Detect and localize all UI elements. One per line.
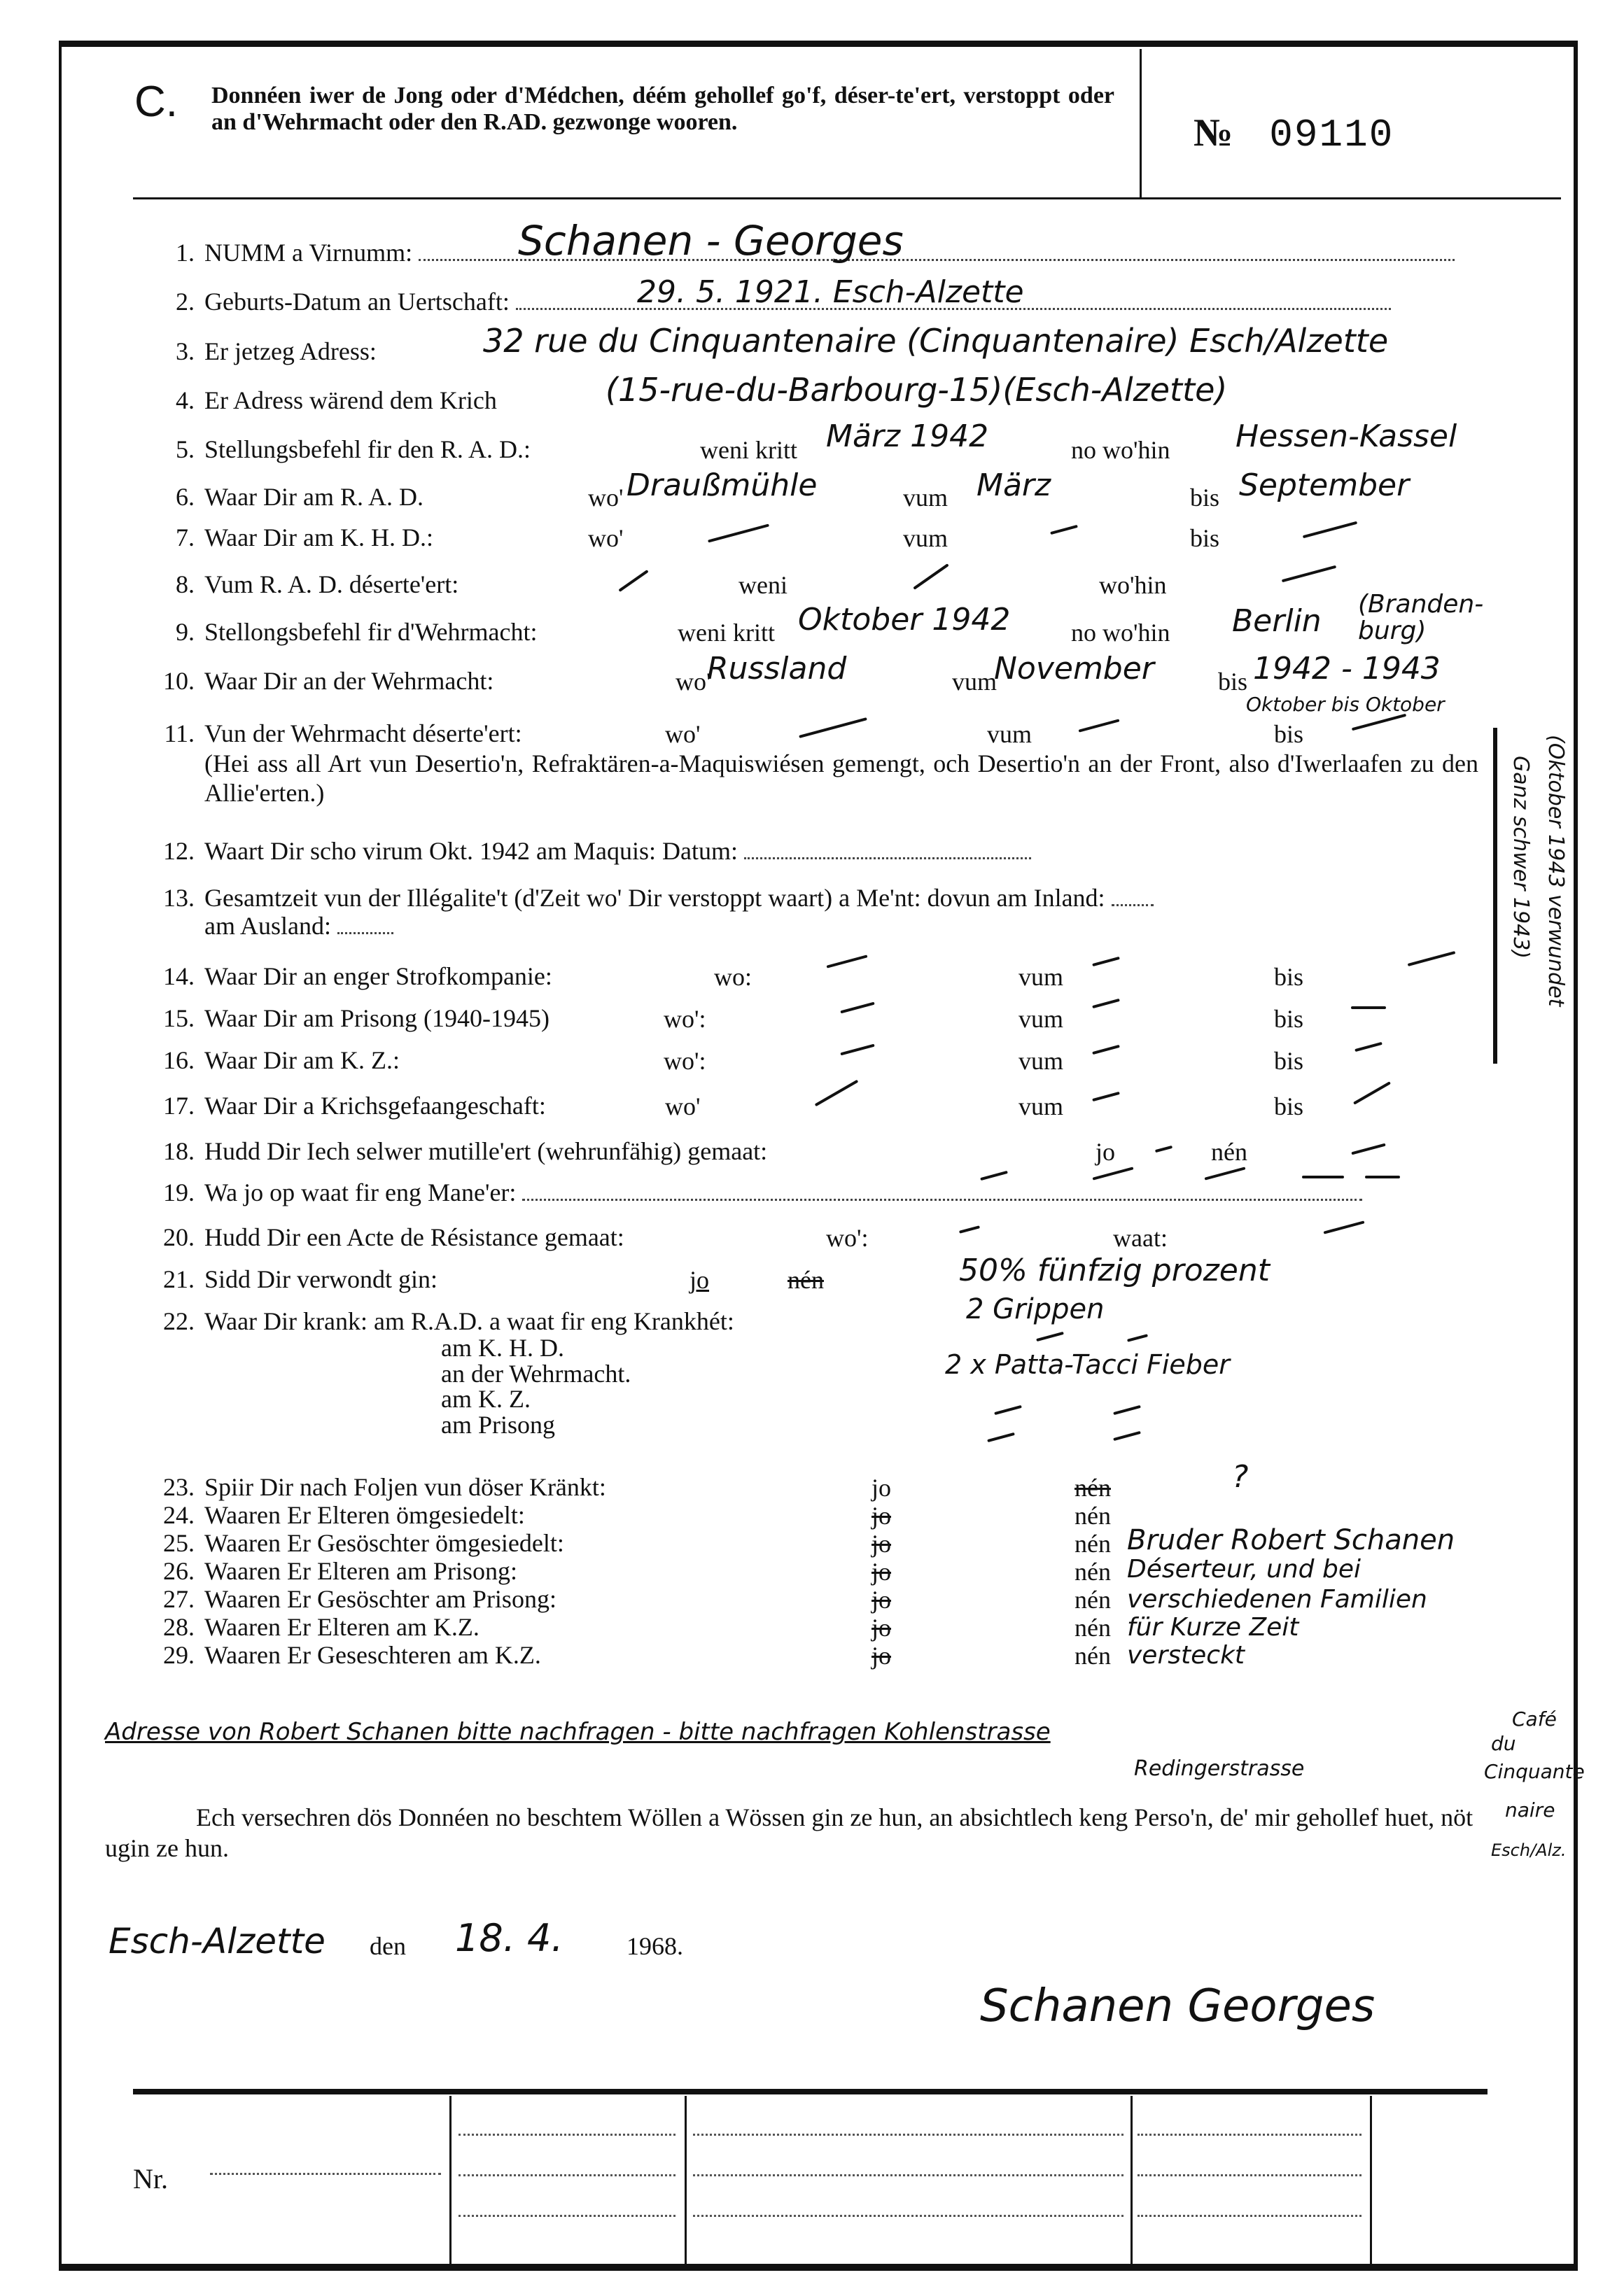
- field-13: 13.Gesamtzeit vun der Illégalite't (d'Ze…: [140, 883, 1154, 912]
- nen-option[interactable]: nén: [1074, 1641, 1111, 1670]
- registration-form-page: C. Donnéen iwer de Jong oder d'Médchen, …: [0, 0, 1624, 2296]
- field-26: 26.Waaren Er Elteren am Prisong:: [140, 1557, 517, 1585]
- nen-option-struck[interactable]: nén: [1074, 1473, 1111, 1502]
- jo-option-struck[interactable]: jo: [871, 1613, 891, 1642]
- header-divider: [1140, 49, 1142, 197]
- nen-option[interactable]: nén: [1074, 1529, 1111, 1558]
- nen-option[interactable]: nén: [1074, 1613, 1111, 1642]
- footer-col-divider: [685, 2096, 687, 2264]
- nen-option[interactable]: nén: [1211, 1137, 1247, 1167]
- field-10-note: Oktober bis Oktober: [1246, 693, 1445, 716]
- document-number: №09110: [1193, 111, 1394, 157]
- footer-cell[interactable]: [693, 2132, 1123, 2136]
- footer-table-top: [133, 2089, 1487, 2094]
- signature-place[interactable]: Esch-Alzette: [108, 1921, 325, 1962]
- dash-mark: [1351, 1006, 1386, 1009]
- nr-label: Nr.: [133, 2162, 168, 2195]
- field-24: 24.Waaren Er Elteren ömgesiedelt:: [140, 1501, 525, 1529]
- field-3-value[interactable]: 32 rue du Cinquantenaire (Cinquantenaire…: [483, 322, 1388, 360]
- brother-note-line-1: Bruder Robert Schanen: [1127, 1524, 1455, 1556]
- cafe-note-2: du: [1491, 1732, 1516, 1755]
- field-19: 19.Wa jo op waat fir eng Mane'er:: [140, 1178, 1362, 1206]
- footer-cell[interactable]: [458, 2213, 675, 2217]
- field-9-wohin-note: (Branden-burg): [1358, 591, 1477, 645]
- field-10-vum[interactable]: November: [994, 651, 1154, 686]
- field-6: 6.Waar Dir am R. A. D.: [140, 483, 423, 511]
- footer-cell[interactable]: [693, 2173, 1123, 2176]
- field-7: 7.Waar Dir am K. H. D.:: [140, 523, 433, 551]
- number-symbol: №: [1193, 111, 1234, 155]
- footer-cell[interactable]: [1137, 2132, 1361, 2136]
- jo-option[interactable]: jo: [1095, 1137, 1115, 1167]
- field-6-vum[interactable]: März: [976, 467, 1051, 503]
- footer-col-divider: [1370, 2096, 1372, 2264]
- margin-note-1: (Oktober 1943 verwundet: [1543, 735, 1568, 1006]
- field-1-value[interactable]: Schanen - Georges: [518, 217, 904, 265]
- field-22-wehrmacht[interactable]: 2 x Patta-Tacci Fieber: [945, 1349, 1230, 1380]
- footer-col-divider: [449, 2096, 451, 2264]
- field-5-weni[interactable]: März 1942: [826, 418, 988, 454]
- field-12: 12.Waart Dir scho virum Okt. 1942 am Maq…: [140, 836, 1031, 865]
- field-15: 15.Waar Dir am Prisong (1940-1945): [140, 1004, 549, 1032]
- field-6-wo[interactable]: Draußmühle: [626, 467, 817, 503]
- nen-option[interactable]: nén: [1074, 1501, 1111, 1530]
- field-3: 3.Er jetzeg Adress:: [140, 337, 377, 365]
- footer-cell[interactable]: [458, 2132, 675, 2136]
- jo-option-struck[interactable]: jo: [871, 1501, 891, 1530]
- field-14: 14.Waar Dir an enger Strofkompanie:: [140, 962, 552, 990]
- jo-option-struck[interactable]: jo: [871, 1641, 891, 1670]
- brother-note-line-5: versteckt: [1127, 1641, 1245, 1670]
- field-5: 5.Stellungsbefehl fir den R. A. D.:: [140, 435, 531, 463]
- field-20: 20.Hudd Dir een Acte de Résistance gemaa…: [140, 1223, 624, 1251]
- brother-note-line-3: verschiedenen Familien: [1127, 1585, 1427, 1614]
- footer-cell[interactable]: [1137, 2213, 1361, 2217]
- section-title: Donnéen iwer de Jong oder d'Médchen, déé…: [211, 83, 1114, 136]
- signature[interactable]: Schanen Georges: [980, 1980, 1375, 2032]
- jo-option-struck[interactable]: jo: [871, 1585, 891, 1614]
- field-11-note: (Hei ass all Art vun Desertio'n, Refrakt…: [204, 749, 1478, 808]
- footer-cell[interactable]: [1137, 2173, 1361, 2176]
- field-8: 8.Vum R. A. D. déserte'ert:: [140, 570, 458, 598]
- field-9: 9.Stellongsbefehl fir d'Wehrmacht:: [140, 618, 537, 646]
- dash-mark: [1302, 1176, 1344, 1178]
- field-22-rad[interactable]: 2 Grippen: [966, 1293, 1104, 1325]
- footer-col-divider: [1130, 2096, 1133, 2264]
- footer-cell[interactable]: [693, 2213, 1123, 2217]
- field-29: 29.Waaren Er Geseschteren am K.Z.: [140, 1641, 541, 1669]
- address-note: Adresse von Robert Schanen bitte nachfra…: [105, 1718, 1051, 1746]
- field-2-value[interactable]: 29. 5. 1921. Esch-Alzette: [637, 274, 1024, 310]
- footer-cell[interactable]: [458, 2173, 675, 2176]
- jo-option-struck[interactable]: jo: [871, 1529, 891, 1558]
- declaration-text: Ech versechren dös Donnéen no beschtem W…: [105, 1802, 1498, 1864]
- field-10-bis[interactable]: 1942 - 1943: [1253, 651, 1441, 686]
- field-25: 25.Waaren Er Gesöschter ömgesiedelt:: [140, 1529, 564, 1557]
- field-6-bis[interactable]: September: [1239, 467, 1409, 503]
- brother-note-line-4: für Kurze Zeit: [1127, 1613, 1298, 1642]
- jo-option-struck[interactable]: jo: [871, 1557, 891, 1586]
- field-11: 11.Vun der Wehrmacht déserte'ert:: [140, 719, 522, 747]
- field-18: 18.Hudd Dir Iech selwer mutille'ert (weh…: [140, 1137, 767, 1165]
- margin-note-2: Ganz schwer 1943): [1508, 756, 1533, 959]
- nen-option-struck[interactable]: nén: [787, 1265, 824, 1295]
- field-4-value[interactable]: (15-rue-du-Barbourg-15)(Esch-Alzette): [605, 371, 1227, 409]
- field-10-wo[interactable]: Russland: [707, 651, 846, 686]
- field-23-value[interactable]: ?: [1232, 1459, 1248, 1495]
- field-16: 16.Waar Dir am K. Z.:: [140, 1046, 400, 1074]
- document-number-value: 09110: [1269, 113, 1394, 157]
- field-9-wohin[interactable]: Berlin: [1232, 603, 1322, 639]
- field-21: 21.Sidd Dir verwondt gin:: [140, 1265, 437, 1293]
- signature-date[interactable]: 18. 4.: [455, 1916, 563, 1960]
- cafe-note-5: Esch/Alz.: [1491, 1840, 1566, 1860]
- signature-year: 1968.: [626, 1931, 683, 1961]
- header-rule: [133, 197, 1561, 199]
- brother-note-line-2: Déserteur, und bei: [1127, 1555, 1361, 1584]
- jo-option[interactable]: jo: [871, 1473, 891, 1502]
- field-4: 4.Er Adress wärend dem Krich: [140, 386, 497, 414]
- cafe-note-3: Cinquante: [1484, 1760, 1585, 1783]
- nen-option[interactable]: nén: [1074, 1585, 1111, 1614]
- nr-field[interactable]: [210, 2171, 441, 2175]
- field-5-wohin[interactable]: Hessen-Kassel: [1235, 418, 1457, 454]
- field-9-weni[interactable]: Oktober 1942: [798, 602, 1010, 638]
- field-13-abroad: am Ausland:: [204, 911, 393, 941]
- margin-bracket-line: [1493, 728, 1497, 1064]
- section-letter: C.: [134, 77, 178, 127]
- field-10: 10.Waar Dir an der Wehrmacht:: [140, 667, 493, 695]
- field-22: 22.Waar Dir krank: am R.A.D. a waat fir …: [140, 1307, 734, 1335]
- cafe-note-4: naire: [1505, 1798, 1555, 1822]
- cafe-note-1: Café: [1512, 1707, 1557, 1731]
- field-21-value[interactable]: 50% fünfzig prozent: [959, 1253, 1270, 1288]
- field-17: 17.Waar Dir a Krichsgefaangeschaft:: [140, 1092, 546, 1120]
- field-23: 23.Spiir Dir nach Foljen vun döser Kränk…: [140, 1473, 606, 1501]
- address-note-2: Redingerstrasse: [1134, 1756, 1304, 1781]
- field-28: 28.Waaren Er Elteren am K.Z.: [140, 1613, 479, 1641]
- nen-option[interactable]: nén: [1074, 1557, 1111, 1586]
- jo-option-selected[interactable]: jo: [689, 1265, 709, 1295]
- field-label: NUMM a Virnumm:: [204, 239, 412, 267]
- dash-mark: [1365, 1176, 1400, 1178]
- bottom-border: [59, 2264, 1578, 2271]
- field-27: 27.Waaren Er Gesöschter am Prisong:: [140, 1585, 556, 1613]
